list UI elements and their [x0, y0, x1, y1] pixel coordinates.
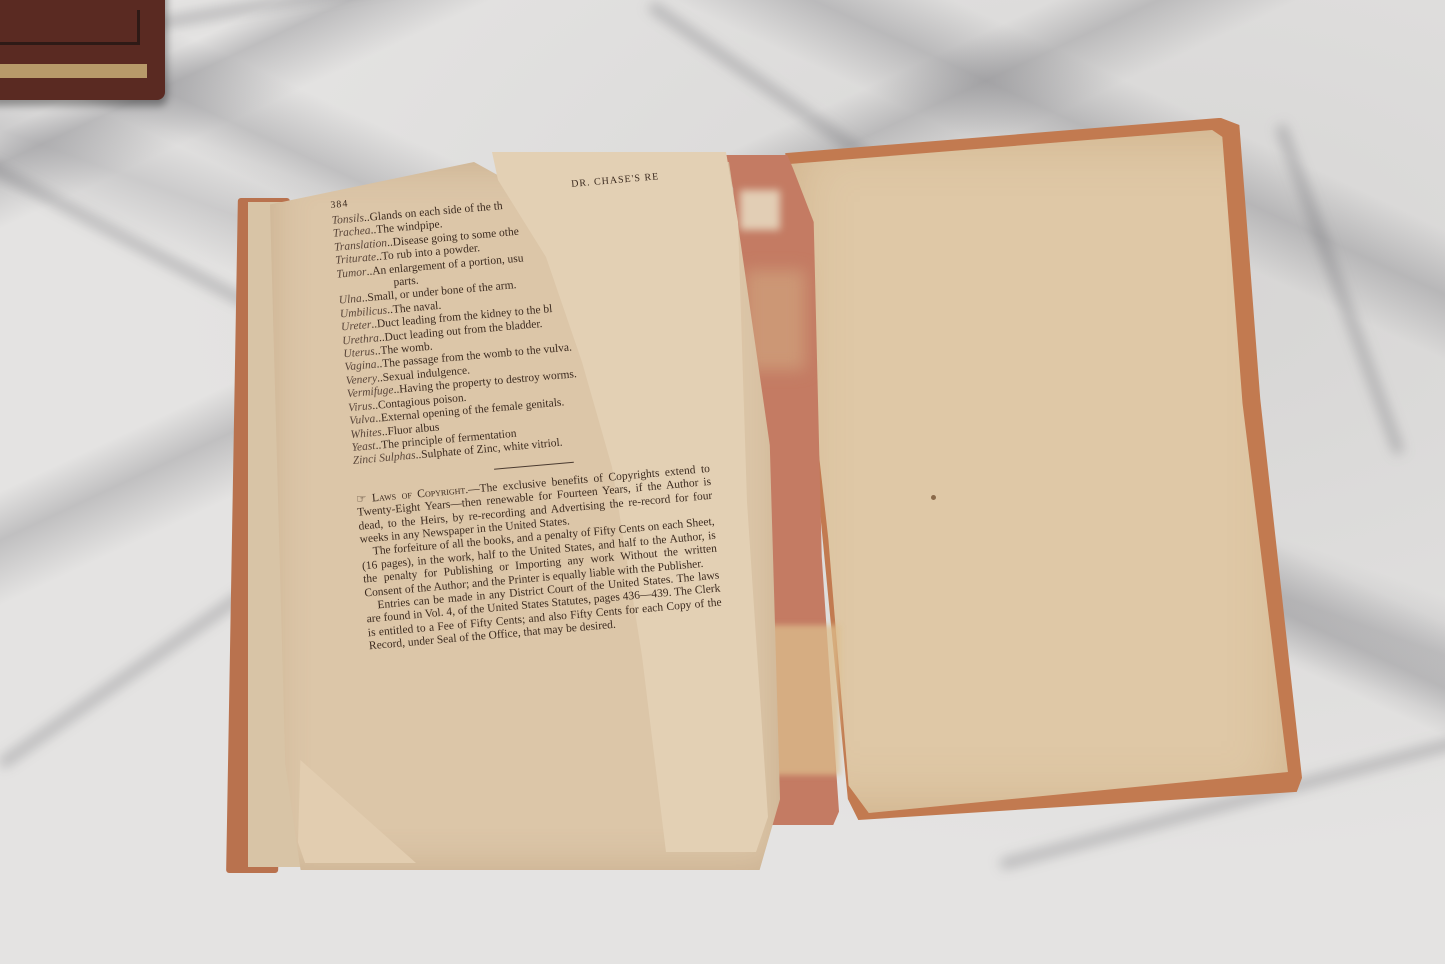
page-text: 384 DR. CHASE'S RE Tonsils..Glands on ea… — [330, 167, 748, 654]
spine-stain — [740, 190, 780, 230]
glossary: Tonsils..Glands on each side of the th T… — [331, 182, 732, 469]
divider-rule — [494, 461, 574, 469]
corner-book — [0, 0, 165, 100]
endpaper — [788, 130, 1293, 813]
paper-hole — [931, 495, 936, 500]
copyright-notice: ☞ Laws of Copyright.—The exclusive benef… — [356, 463, 724, 654]
page-number: 384 — [330, 198, 349, 211]
